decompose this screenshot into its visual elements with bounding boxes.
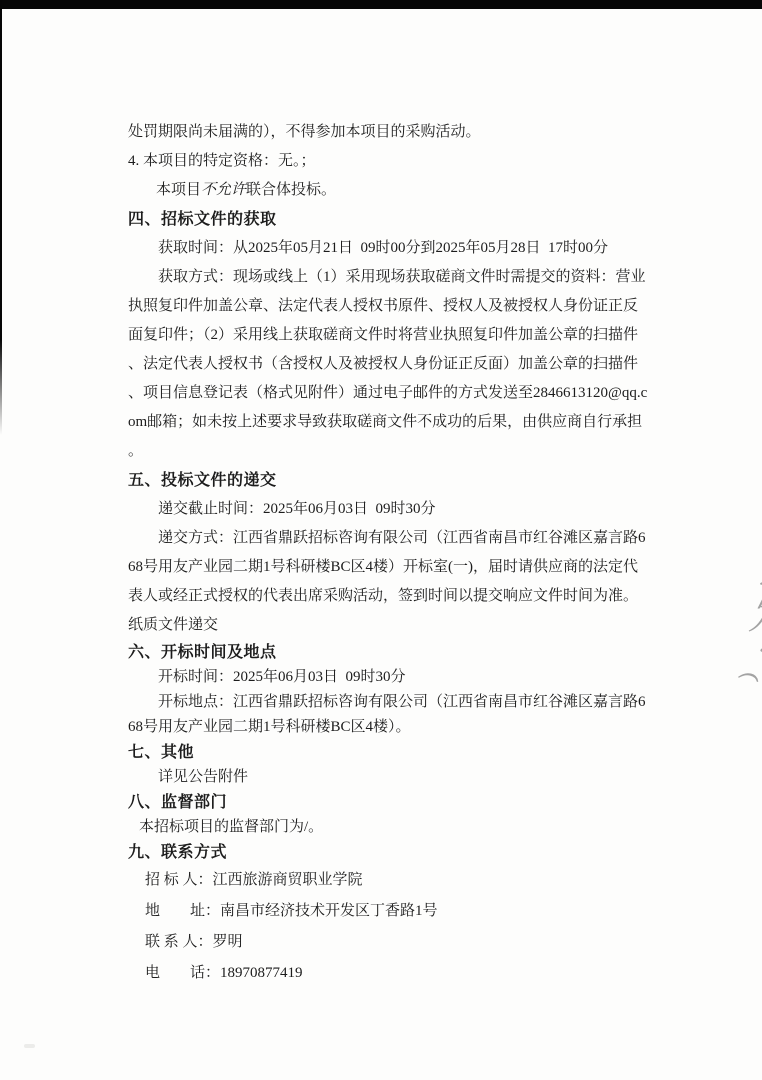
section-heading: 四、招标文件的获取 [128, 205, 673, 234]
text-line: 。 [128, 437, 673, 466]
document-body: 处罚期限尚未届满的），不得参加本项目的采购活动。4. 本项目的特定资格：无。；本… [128, 118, 673, 989]
text-line: 递交方式：江西省鼎跃招标咨询有限公司（江西省南昌市红谷滩区嘉言路6 [128, 524, 673, 553]
text-line: 获取时间：从2025年05月21日 09时00分到2025年05月28日 17时… [128, 234, 673, 263]
text-line: 本招标项目的监督部门为/。 [128, 815, 673, 840]
contact-label: 地 址： [145, 903, 220, 919]
contact-label: 联 系 人： [145, 934, 213, 950]
contact-value: 18970877419 [220, 965, 303, 981]
text-line: 纸质文件递交 [128, 611, 673, 640]
scan-edge-left-line [0, 0, 2, 435]
text-line: 、法定代表人授权书（含授权人及被授权人身份证正反面）加盖公章的扫描件 [128, 350, 673, 379]
text-line: 面复印件；（2）采用线上获取磋商文件时将营业执照复印件加盖公章的扫描件 [128, 321, 673, 350]
contact-label: 招 标 人： [145, 872, 213, 888]
section-heading: 八、监督部门 [128, 790, 673, 815]
text-line: 递交截止时间：2025年06月03日 09时30分 [128, 495, 673, 524]
section-heading: 七、其他 [128, 740, 673, 765]
text-line: 、项目信息登记表（格式见附件）通过电子邮件的方式发送至2846613120@qq… [128, 379, 673, 408]
text-line: 开标时间：2025年06月03日 09时30分 [128, 665, 673, 690]
text-line: 获取方式：现场或线上（1）采用现场获取磋商文件时需提交的资料：营业 [128, 263, 673, 292]
contact-label: 电 话： [145, 965, 220, 981]
text-run: 联合体投标。 [246, 182, 336, 198]
scan-speck-artifact [24, 1044, 35, 1048]
text-line: om邮箱；如未按上述要求导致获取磋商文件不成功的后果，由供应商自行承担 [128, 408, 673, 437]
section-heading: 五、投标文件的递交 [128, 466, 673, 495]
scan-edge-top-bar [0, 0, 762, 9]
text-line: 招 标 人：江西旅游商贸职业学院 [128, 865, 673, 896]
text-line: 执照复印件加盖公章、法定代表人授权书原件、授权人及被授权人身份证正反 [128, 292, 673, 321]
contact-value: 南昌市经济技术开发区丁香路1号 [220, 903, 438, 919]
text-line: 联 系 人：罗明 [128, 927, 673, 958]
section-heading: 六、开标时间及地点 [128, 640, 673, 665]
edge-stamp-artifact: ＼》烈日八：（ [715, 514, 762, 709]
text-line: 详见公告附件 [128, 765, 673, 790]
text-line: 本项目不允许联合体投标。 [128, 176, 673, 205]
section-heading: 九、联系方式 [128, 840, 673, 865]
text-line: 处罚期限尚未届满的），不得参加本项目的采购活动。 [128, 118, 673, 147]
scanned-document-page: 处罚期限尚未届满的），不得参加本项目的采购活动。4. 本项目的特定资格：无。；本… [0, 0, 762, 1080]
text-line: 开标地点：江西省鼎跃招标咨询有限公司（江西省南昌市红谷滩区嘉言路6 [128, 690, 673, 715]
contact-value: 罗明 [213, 934, 243, 950]
text-run: 本项目 [156, 182, 201, 198]
text-line: 地 址：南昌市经济技术开发区丁香路1号 [128, 896, 673, 927]
contact-value: 江西旅游商贸职业学院 [213, 872, 363, 888]
text-line: 4. 本项目的特定资格：无。； [128, 147, 673, 176]
text-line: 68号用友产业园二期1号科研楼BC区4楼）。 [128, 715, 673, 740]
text-line: 68号用友产业园二期1号科研楼BC区4楼）开标室(一)，届时请供应商的法定代 [128, 553, 673, 582]
text-line: 电 话：18970877419 [128, 958, 673, 989]
emphasized-text: 不允许 [201, 182, 246, 198]
text-line: 表人或经正式授权的代表出席采购活动，签到时间以提交响应文件时间为准。 [128, 582, 673, 611]
